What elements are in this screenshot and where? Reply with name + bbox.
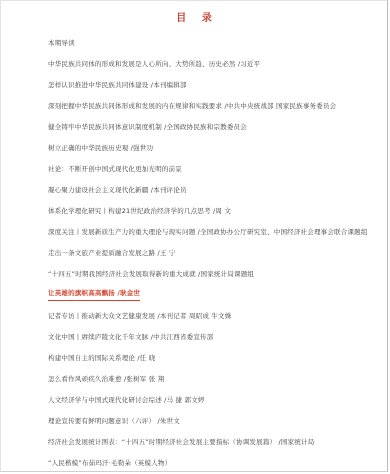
toc-entry-text: 健全铸牢中华民族共同体意识制度机制 /全国政协民族和宗教委员会 [48, 123, 247, 132]
toc-entry-text: 怎样认识推进中华民族共同体建设 /本刊编辑部 [48, 81, 187, 90]
toc-entry: 中华民族共同体的形成和发展是人心所向、大势所趋、历史必然 /习近平 [48, 54, 371, 75]
toc-entry-text: “人民楷模”布茹玛汗·毛勒朵（英模人物） [48, 459, 171, 468]
toc-entry-text: 走出一条文旅产业提质融合发展之路 /王 宁 [48, 249, 176, 258]
toc-entry-highlighted[interactable]: 让英雄的旗帜高高飘扬 /耿金世 [48, 285, 371, 306]
toc-entry-text: 经济社会发展统计图表：“十四五”时期经济社会发展主要指标（协调发展篇） /国家统… [48, 438, 314, 447]
toc-entry: 怎样认识推进中华民族共同体建设 /本刊编辑部 [48, 75, 371, 96]
toc-entry: 人文经济学与中国式现代化研讨会综述 /马 捷 郭文婷 [48, 390, 371, 411]
toc-entry-text: 深刻把握中华民族共同体形成和发展的内在规律和实践要求 /中共中央统战部 国家民族… [48, 102, 336, 111]
toc-entry: 记者专访丨推动新大众文艺健康发展 /本刊记者 周昭成 牛文姝 [48, 306, 371, 327]
toc-entry: 怎么看作风顽疾久治难愈 /张树军 张 翔 [48, 369, 371, 390]
toc-entry: 体系化学理化研究丨构建21世纪政治经济学的几点思考 /周 文 [48, 201, 371, 222]
toc-entry-text: 中华民族共同体的形成和发展是人心所向、大势所趋、历史必然 /习近平 [48, 60, 260, 69]
toc-entry-text: 凝心聚力建设社会主义现代化新疆 /本刊评论员 [48, 186, 187, 195]
toc-entry: 凝心聚力建设社会主义现代化新疆 /本刊评论员 [48, 180, 371, 201]
toc-entry: “十四五”时期我国经济社会发展取得新的重大成就 /国家统计局课题组 [48, 264, 371, 285]
toc-entry-text: 树立正确的中华民族历史观 /强世功 [48, 144, 153, 153]
toc-entry: 经济社会发展统计图表：“十四五”时期经济社会发展主要指标（协调发展篇） /国家统… [48, 432, 371, 453]
toc-entry: 社论：不断开创中国式现代化更加光明的前景 [48, 159, 371, 180]
toc-entry: 健全铸牢中华民族共同体意识制度机制 /全国政协民族和宗教委员会 [48, 117, 371, 138]
toc-entry-text: 记者专访丨推动新大众文艺健康发展 /本刊记者 周昭成 牛文姝 [48, 312, 231, 321]
toc-entry-text: 体系化学理化研究丨构建21世纪政治经济学的几点思考 /周 文 [48, 207, 231, 216]
toc-entry-text: 让英雄的旗帜高高飘扬 /耿金世 [48, 289, 140, 301]
toc-page: 目 录 本期导读中华民族共同体的形成和发展是人心所向、大势所趋、历史必然 /习近… [0, 0, 388, 472]
toc-entry-text: 怎么看作风顽疾久治难愈 /张树军 张 翔 [48, 375, 164, 384]
toc-entry-text: “十四五”时期我国经济社会发展取得新的重大成就 /国家统计局课题组 [48, 270, 254, 279]
toc-entry: 树立正确的中华民族历史观 /强世功 [48, 138, 371, 159]
toc-entry: 深刻把握中华民族共同体形成和发展的内在规律和实践要求 /中共中央统战部 国家民族… [48, 96, 371, 117]
toc-entry-text: 深度关注丨发展新质生产力的重大理论与现实问题 /全国政协办公厅研究室、中国经济社… [48, 228, 368, 237]
toc-entry: “人民楷模”布茹玛汗·毛勒朵（英模人物） [48, 453, 371, 474]
toc-entry-text: 社论：不断开创中国式现代化更加光明的前景 [48, 165, 182, 174]
toc-entry: 构建中国自主的国际关系理论 /任 晓 [48, 348, 371, 369]
toc-entry: 走出一条文旅产业提质融合发展之路 /王 宁 [48, 243, 371, 264]
toc-entry: 深度关注丨发展新质生产力的重大理论与现实问题 /全国政协办公厅研究室、中国经济社… [48, 222, 371, 243]
toc-entry-text: 文化中国丨赓续庐陵文化千年文脉 /中共江西省委宣传部 [48, 333, 213, 342]
toc-entry-text: 构建中国自主的国际关系理论 /任 晓 [48, 354, 155, 363]
toc-entry-text: 理论宣传要有鲜明问题意识（六评） /朱世文 [48, 417, 180, 426]
toc-entry: 文化中国丨赓续庐陵文化千年文脉 /中共江西省委宣传部 [48, 327, 371, 348]
toc-entry-text: 本期导读 [48, 39, 75, 48]
toc-entry: 本期导读 [48, 33, 371, 54]
page-title: 目 录 [1, 1, 387, 24]
toc-entry-list: 本期导读中华民族共同体的形成和发展是人心所向、大势所趋、历史必然 /习近平怎样认… [1, 24, 387, 474]
toc-entry: 理论宣传要有鲜明问题意识（六评） /朱世文 [48, 411, 371, 432]
toc-entry-text: 人文经济学与中国式现代化研讨会综述 /马 捷 郭文婷 [48, 396, 205, 405]
